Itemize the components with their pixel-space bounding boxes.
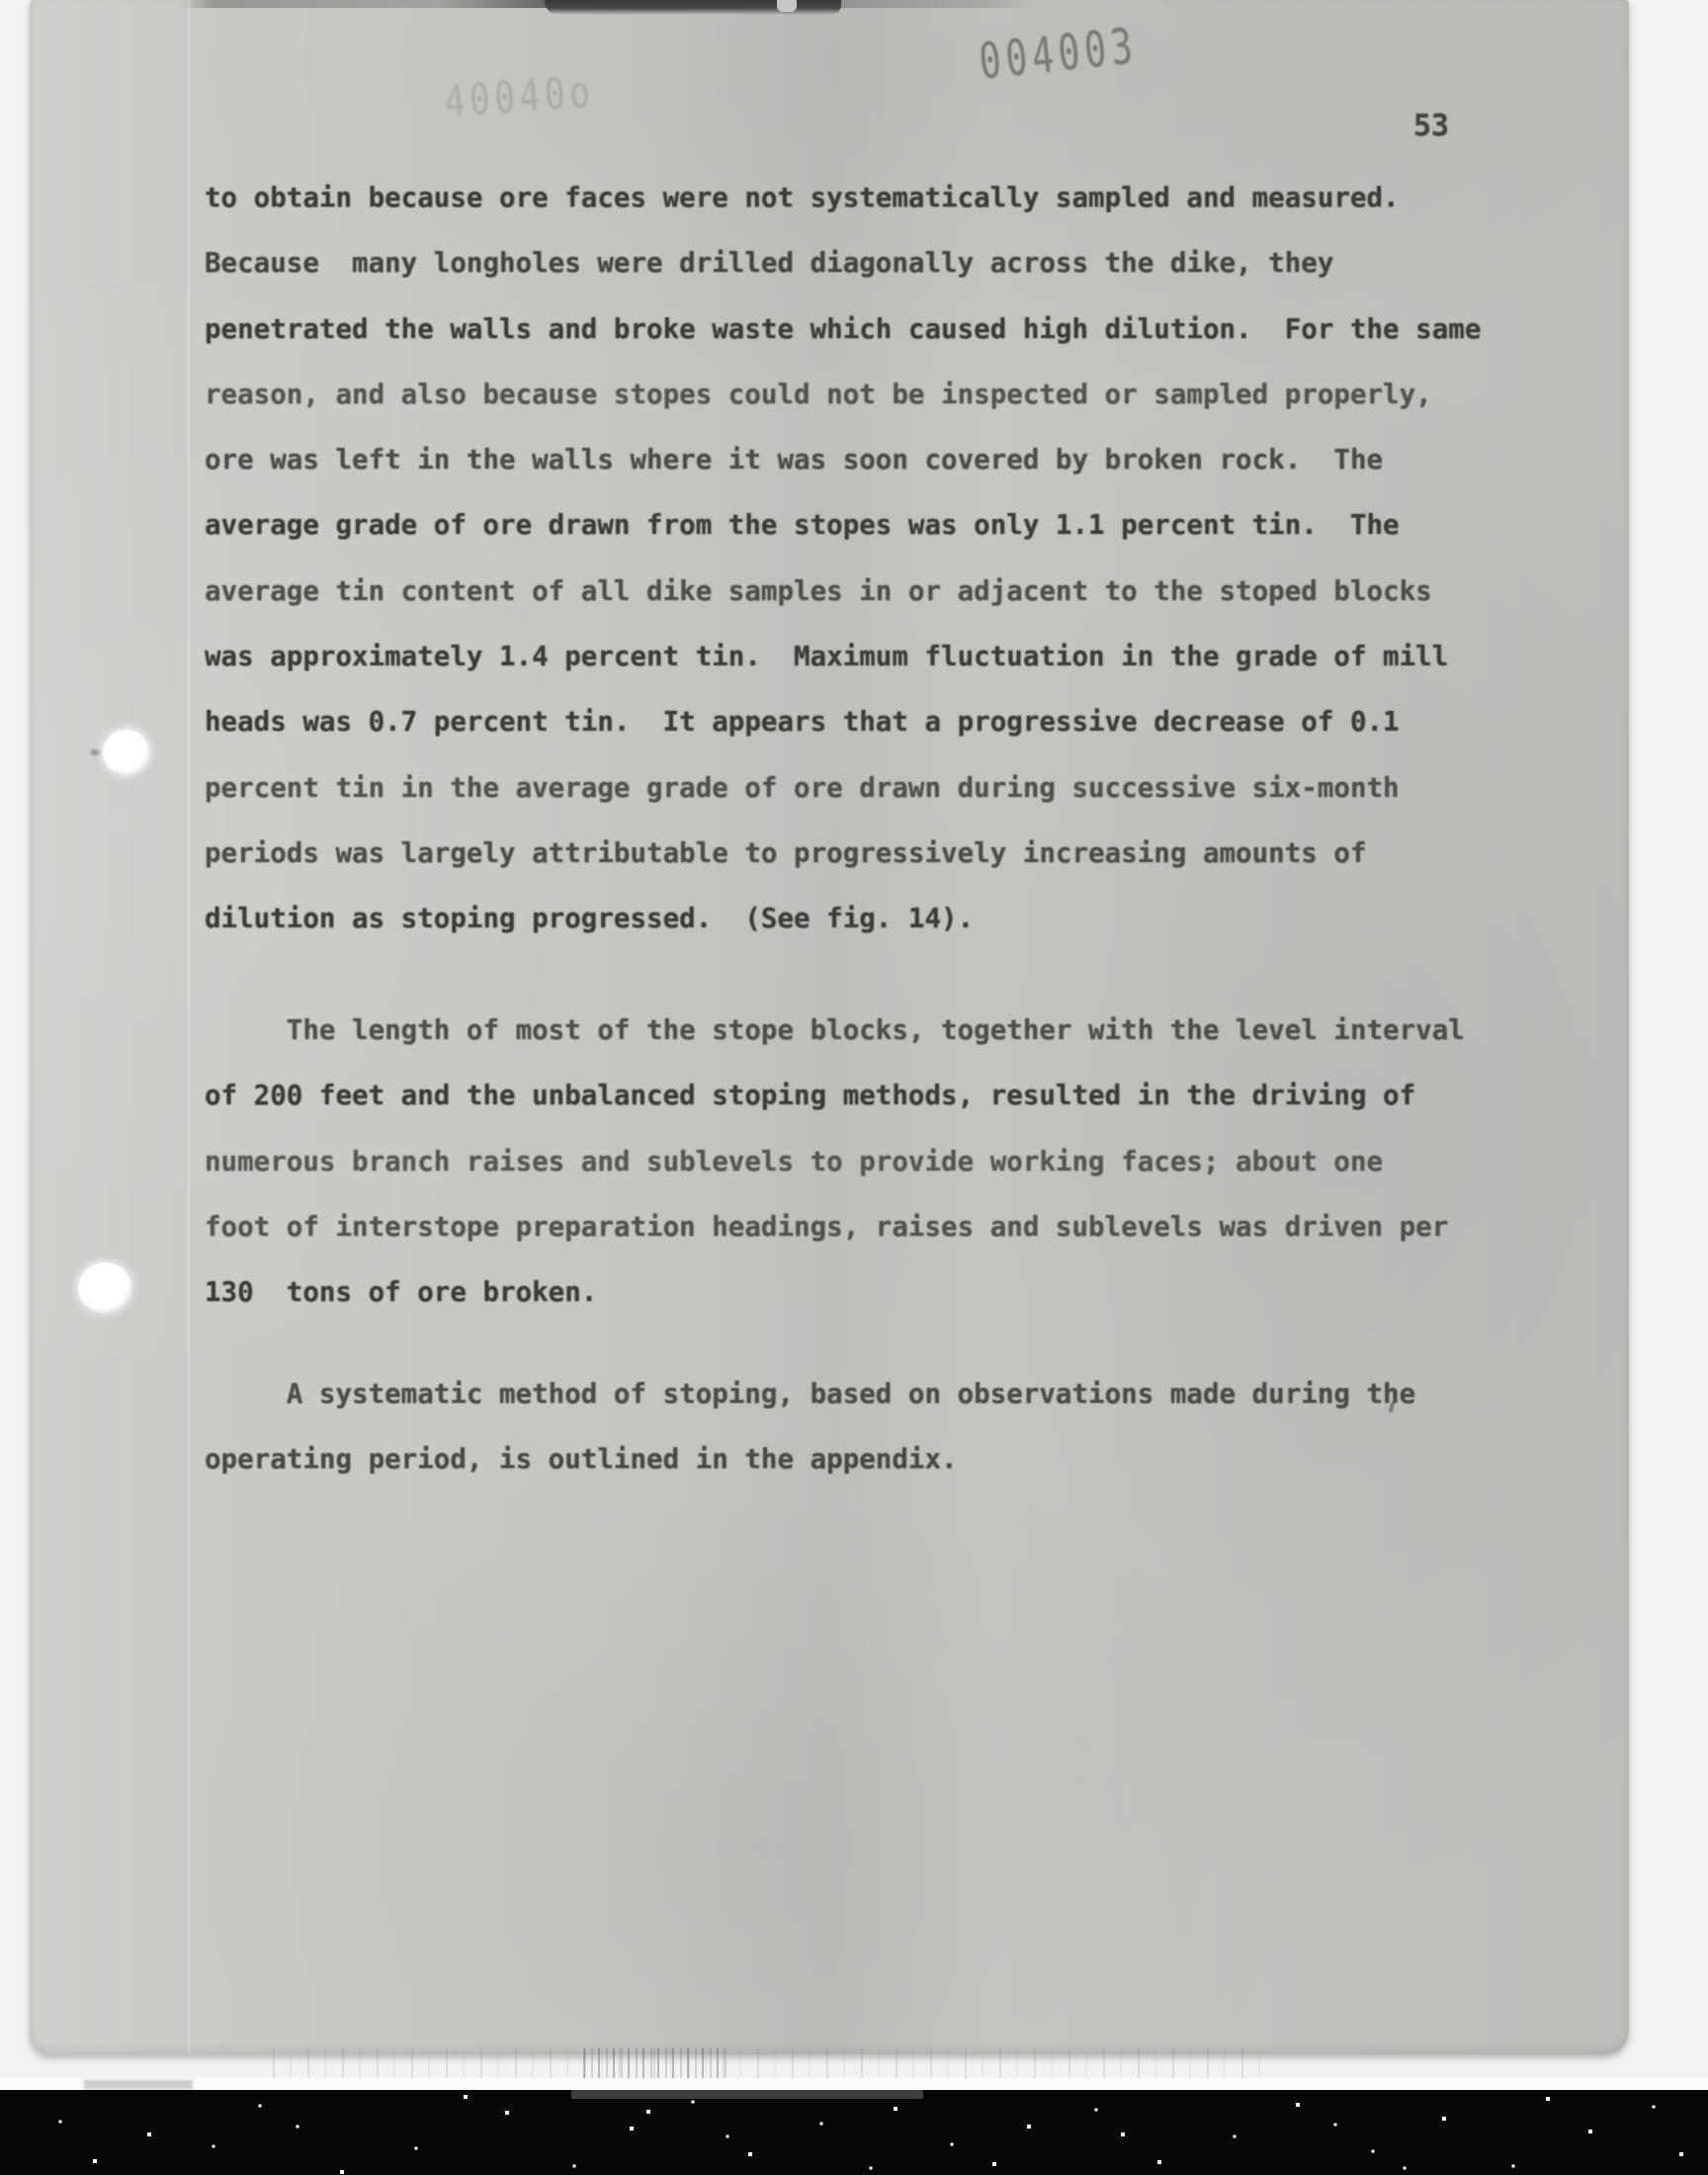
text-line: The length of most of the stope blocks, …	[205, 998, 1465, 1063]
text-line: periods was largely attributable to prog…	[205, 821, 1481, 886]
punch-hole-bottom	[78, 1262, 132, 1314]
text-line: ore was left in the walls where it was s…	[205, 427, 1481, 492]
text-line: to obtain because ore faces were not sys…	[205, 165, 1481, 230]
text-line: operating period, is outlined in the app…	[205, 1427, 1415, 1492]
film-edge-gray-segment	[571, 2090, 923, 2099]
paragraph-1: to obtain because ore faces were not sys…	[205, 165, 1481, 952]
text-line: foot of interstope preparation headings,…	[205, 1194, 1465, 1260]
scan-streaks	[257, 2048, 1265, 2082]
film-edge-band	[0, 2090, 1708, 2175]
scan-strip-smudge	[84, 2080, 193, 2089]
text-line: dilution as stoping progressed. (See fig…	[205, 886, 1481, 951]
paragraph-2: The length of most of the stope blocks, …	[205, 998, 1465, 1325]
text-line: 130 tons of ore broken.	[205, 1260, 1465, 1325]
paper-seam	[188, 0, 190, 2054]
text-line: percent tin in the average grade of ore …	[205, 755, 1481, 821]
scan-white-strip	[0, 2078, 1708, 2090]
page-number: 53	[1413, 109, 1449, 143]
faint-stamp-number: 40040o	[443, 66, 596, 127]
page-top-edge-notch	[777, 0, 797, 12]
text-line: of 200 feet and the unbalanced stoping m…	[205, 1063, 1465, 1128]
text-line: heads was 0.7 percent tin. It appears th…	[205, 689, 1481, 754]
text-line: was approximately 1.4 percent tin. Maxim…	[205, 624, 1481, 689]
speck-near-hole	[91, 749, 100, 755]
dust-specks	[0, 0, 2, 2]
text-line: average grade of ore drawn from the stop…	[205, 492, 1481, 558]
text-line: Because many longholes were drilled diag…	[205, 230, 1481, 296]
text-line: average tin content of all dike samples …	[205, 559, 1481, 624]
text-line: reason, and also because stopes could no…	[205, 362, 1481, 427]
text-line: penetrated the walls and broke waste whi…	[205, 297, 1481, 362]
punch-hole-top	[103, 730, 150, 776]
text-line: numerous branch raises and sublevels to …	[205, 1129, 1465, 1194]
page-top-torn-edge-dark	[545, 0, 841, 15]
text-line: A systematic method of stoping, based on…	[205, 1361, 1415, 1427]
paragraph-3: A systematic method of stoping, based on…	[205, 1361, 1415, 1493]
